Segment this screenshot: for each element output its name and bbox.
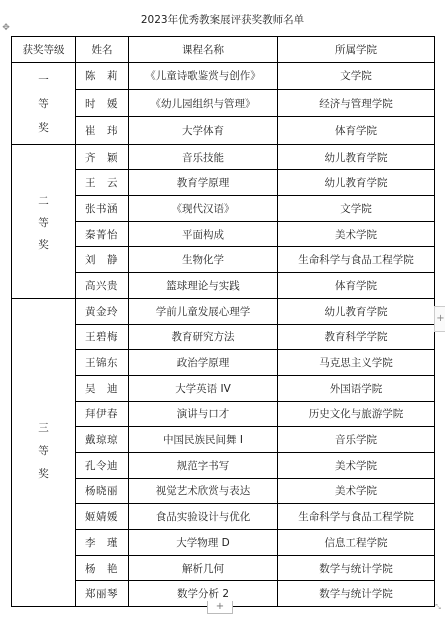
course-cell: 政治学原理: [129, 350, 278, 376]
college-cell: 数学与统计学院: [278, 581, 435, 607]
name-cell: 拜伊春: [76, 401, 129, 427]
course-cell: 大学英语 IV: [129, 375, 278, 401]
table-row: 杨晓丽视觉艺术欣赏与表达美术学院: [12, 478, 435, 504]
award-level-char: 奖: [38, 120, 49, 135]
table-row: 李 瑾大学物理 D信息工程学院: [12, 530, 435, 556]
table-row: 戴琼琼中国民族民间舞 I音乐学院: [12, 427, 435, 453]
college-cell: 信息工程学院: [278, 530, 435, 556]
table-body: 一等奖陈 莉《儿童诗歌鉴赏与创作》文学院时 媛《幼儿园组织与管理》经济与管理学院…: [12, 62, 435, 606]
name-cell: 郑丽琴: [76, 581, 129, 607]
table-row: 二等奖齐 颖音乐技能幼儿教育学院: [12, 144, 435, 170]
name-cell: 王碧梅: [76, 324, 129, 350]
college-cell: 历史文化与旅游学院: [278, 401, 435, 427]
name-cell: 杨晓丽: [76, 478, 129, 504]
table-row: 王锦东政治学原理马克思主义学院: [12, 350, 435, 376]
add-column-button[interactable]: +: [434, 306, 445, 332]
college-cell: 生命科学与食品工程学院: [278, 247, 435, 273]
college-cell: 外国语学院: [278, 375, 435, 401]
college-cell: 经济与管理学院: [278, 90, 435, 117]
award-level-char: 奖: [38, 237, 49, 252]
course-cell: 食品实验设计与优化: [129, 504, 278, 530]
course-cell: 平面构成: [129, 221, 278, 247]
table-row: 姬婧媛食品实验设计与优化生命科学与食品工程学院: [12, 504, 435, 530]
award-level-char: 三: [38, 420, 49, 435]
table-row: 三等奖黄金玲学前儿童发展心理学幼儿教育学院: [12, 298, 435, 324]
table-row: 杨 艳解析几何数学与统计学院: [12, 555, 435, 581]
course-cell: 《幼儿园组织与管理》: [129, 90, 278, 117]
add-row-button[interactable]: +: [207, 601, 233, 614]
header-name: 姓名: [76, 37, 129, 63]
college-cell: 幼儿教育学院: [278, 170, 435, 196]
course-cell: 《儿童诗歌鉴赏与创作》: [129, 62, 278, 89]
name-cell: 姬婧媛: [76, 504, 129, 530]
course-cell: 篮球理论与实践: [129, 273, 278, 299]
table-row: 秦菁怡平面构成美术学院: [12, 221, 435, 247]
award-level-cell: 三等奖: [12, 298, 76, 606]
course-cell: 解析几何: [129, 555, 278, 581]
award-table: 获奖等级 姓名 课程名称 所属学院 一等奖陈 莉《儿童诗歌鉴赏与创作》文学院时 …: [11, 36, 435, 607]
college-cell: 文学院: [278, 62, 435, 89]
header-college: 所属学院: [278, 37, 435, 63]
name-cell: 张书涵: [76, 196, 129, 222]
document-title: 2023年优秀教案展评获奖教师名单: [0, 12, 445, 27]
course-cell: 教育研究方法: [129, 324, 278, 350]
award-level-cell: 一等奖: [12, 62, 76, 144]
table-row: 高兴贵篮球理论与实践体育学院: [12, 273, 435, 299]
table-row: 崔 玮大学体育体育学院: [12, 117, 435, 144]
table-row: 时 媛《幼儿园组织与管理》经济与管理学院: [12, 90, 435, 117]
college-cell: 教育科学学院: [278, 324, 435, 350]
college-cell: 数学与统计学院: [278, 555, 435, 581]
college-cell: 幼儿教育学院: [278, 144, 435, 170]
name-cell: 高兴贵: [76, 273, 129, 299]
header-award-level: 获奖等级: [12, 37, 76, 63]
course-cell: 演讲与口才: [129, 401, 278, 427]
award-level-char: 奖: [38, 466, 49, 481]
table-row: 拜伊春演讲与口才历史文化与旅游学院: [12, 401, 435, 427]
college-cell: 音乐学院: [278, 427, 435, 453]
table-move-handle-icon[interactable]: ✥: [1, 23, 11, 33]
course-cell: 教育学原理: [129, 170, 278, 196]
name-cell: 齐 颖: [76, 144, 129, 170]
award-level-char: 一: [38, 72, 49, 87]
award-level-char: 二: [38, 193, 49, 208]
name-cell: 秦菁怡: [76, 221, 129, 247]
name-cell: 李 瑾: [76, 530, 129, 556]
name-cell: 刘 静: [76, 247, 129, 273]
table-row: 刘 静生物化学生命科学与食品工程学院: [12, 247, 435, 273]
college-cell: 马克思主义学院: [278, 350, 435, 376]
name-cell: 时 媛: [76, 90, 129, 117]
table-row: 一等奖陈 莉《儿童诗歌鉴赏与创作》文学院: [12, 62, 435, 89]
table-header-row: 获奖等级 姓名 课程名称 所属学院: [12, 37, 435, 63]
college-cell: 文学院: [278, 196, 435, 222]
name-cell: 王锦东: [76, 350, 129, 376]
college-cell: 美术学院: [278, 478, 435, 504]
table-row: 王 云教育学原理幼儿教育学院: [12, 170, 435, 196]
course-cell: 学前儿童发展心理学: [129, 298, 278, 324]
course-cell: 大学物理 D: [129, 530, 278, 556]
award-level-char: 等: [38, 215, 49, 230]
course-cell: 音乐技能: [129, 144, 278, 170]
name-cell: 王 云: [76, 170, 129, 196]
award-level-char: 等: [38, 443, 49, 458]
name-cell: 孔令迪: [76, 452, 129, 478]
name-cell: 陈 莉: [76, 62, 129, 89]
name-cell: 戴琼琼: [76, 427, 129, 453]
course-cell: 规范字书写: [129, 452, 278, 478]
college-cell: 美术学院: [278, 452, 435, 478]
college-cell: 体育学院: [278, 273, 435, 299]
table-row: 张书涵《现代汉语》文学院: [12, 196, 435, 222]
college-cell: 体育学院: [278, 117, 435, 144]
header-course: 课程名称: [129, 37, 278, 63]
table-row: 吴 迪大学英语 IV外国语学院: [12, 375, 435, 401]
course-cell: 生物化学: [129, 247, 278, 273]
table-resize-handle-icon[interactable]: ⤡: [433, 602, 443, 612]
college-cell: 生命科学与食品工程学院: [278, 504, 435, 530]
name-cell: 吴 迪: [76, 375, 129, 401]
college-cell: 幼儿教育学院: [278, 298, 435, 324]
table-row: 孔令迪规范字书写美术学院: [12, 452, 435, 478]
course-cell: 中国民族民间舞 I: [129, 427, 278, 453]
name-cell: 杨 艳: [76, 555, 129, 581]
course-cell: 《现代汉语》: [129, 196, 278, 222]
award-level-cell: 二等奖: [12, 144, 76, 298]
college-cell: 美术学院: [278, 221, 435, 247]
course-cell: 数学分析 2: [129, 581, 278, 607]
award-level-char: 等: [38, 96, 49, 111]
course-cell: 大学体育: [129, 117, 278, 144]
table-row: 王碧梅教育研究方法教育科学学院: [12, 324, 435, 350]
course-cell: 视觉艺术欣赏与表达: [129, 478, 278, 504]
name-cell: 黄金玲: [76, 298, 129, 324]
name-cell: 崔 玮: [76, 117, 129, 144]
